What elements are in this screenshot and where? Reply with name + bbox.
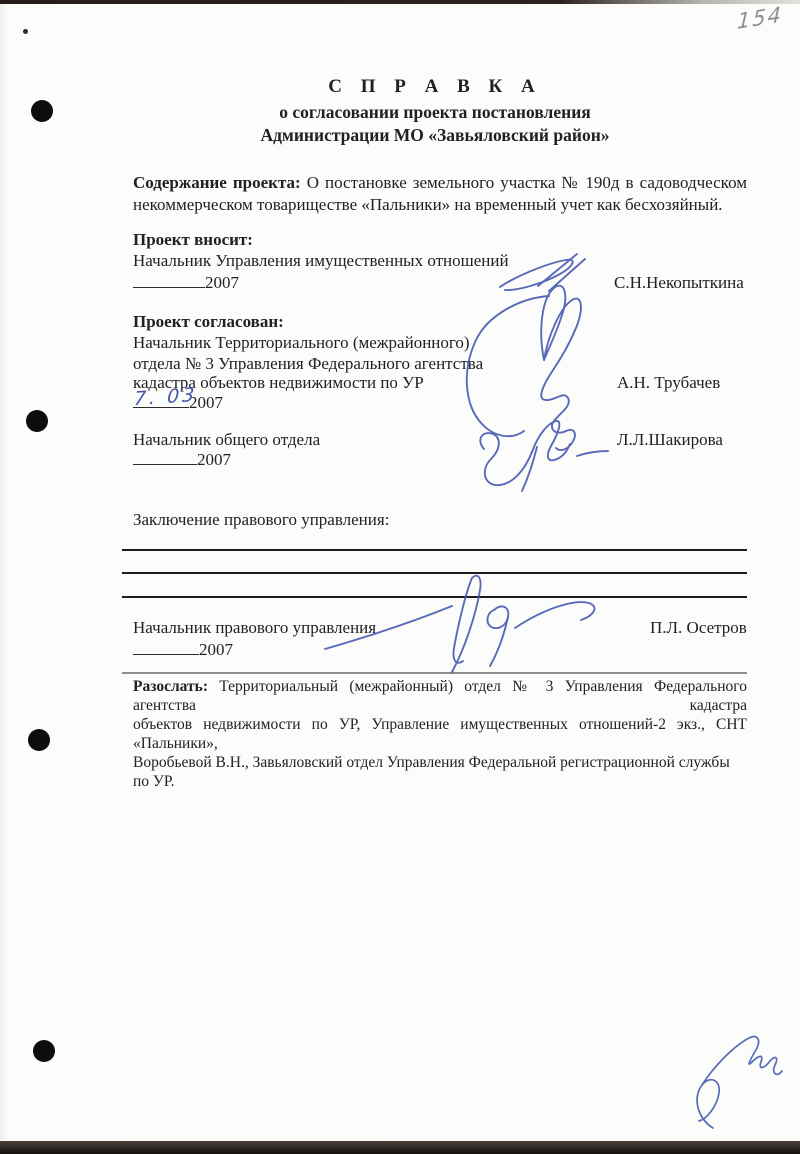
signature-blank — [133, 285, 205, 288]
ruled-line-3 — [122, 596, 747, 598]
hole-punch-3 — [28, 729, 50, 751]
distribution-line-3: Воробьевой В.Н., Завьяловский отдел Упра… — [133, 753, 747, 791]
submit-date-row: 2007 — [133, 272, 239, 293]
agreed2-date-row: 2007 — [133, 449, 231, 470]
content-label: Содержание проекта: — [133, 173, 301, 192]
distribution-paragraph: Разослать: Территориальный (межрайонный)… — [133, 677, 747, 791]
legal-year: 2007 — [199, 640, 233, 659]
submit-heading: Проект вносит: — [133, 229, 253, 250]
document-subtitle-1: о согласовании проекта постановления — [123, 102, 747, 123]
agreed-heading: Проект согласован: — [133, 311, 284, 332]
hole-punch-4 — [33, 1040, 55, 1062]
hole-punch-1 — [31, 100, 53, 122]
page-number-handwritten: 154 — [737, 2, 784, 34]
agreed1-position-1: Начальник Территориального (межрайонного… — [133, 332, 470, 353]
submit-year: 2007 — [205, 273, 239, 292]
content-paragraph: Содержание проекта: О постановке земельн… — [133, 172, 747, 215]
scan-edge-left — [0, 0, 10, 1154]
legal-name: П.Л. Осетров — [650, 617, 747, 638]
legal-date-row: 2007 — [133, 639, 233, 660]
hole-punch-2 — [26, 410, 48, 432]
signature-blank — [133, 652, 199, 655]
ruled-line-1 — [122, 549, 747, 551]
scan-edge-top — [0, 0, 800, 4]
content-text-1: О постановке земельного участка № 190д в… — [307, 173, 747, 192]
scan-edge-bottom — [0, 1141, 800, 1154]
agreed2-position: Начальник общего отдела — [133, 429, 320, 450]
scanned-document-page: 154 С П Р А В К А о согласовании проекта… — [0, 0, 800, 1154]
document-subtitle-2: Администрации МО «Завьяловский район» — [123, 125, 747, 146]
submit-name: С.Н.Некопыткина — [614, 272, 744, 293]
separator-line — [122, 672, 747, 674]
signature-blank — [133, 462, 197, 465]
legal-heading: Заключение правового управления: — [133, 509, 389, 530]
ruled-line-2 — [122, 572, 747, 574]
distribution-text-1: Территориальный (межрайонный) отдел № 3 … — [133, 678, 747, 714]
agreed1-date-handwritten: 7. 03 — [133, 384, 198, 411]
agreed2-year: 2007 — [197, 450, 231, 469]
content-text-2: некоммерческом товариществе «Пальники» н… — [133, 194, 747, 216]
legal-position: Начальник правового управления — [133, 617, 376, 638]
signature-bottom-right — [697, 1037, 782, 1128]
ink-dot — [23, 29, 28, 34]
submit-position: Начальник Управления имущественных отнош… — [133, 250, 509, 271]
distribution-line-2: объектов недвижимости по УР, Управление … — [133, 715, 747, 753]
distribution-label: Разослать: — [133, 678, 208, 695]
signature-shakirova — [480, 421, 608, 491]
agreed1-position-2: отдела № 3 Управления Федерального агент… — [133, 353, 483, 374]
signature-nekopytkina — [500, 254, 585, 291]
document-title: С П Р А В К А — [123, 76, 747, 98]
signature-trubachev — [467, 286, 581, 450]
agreed1-name: А.Н. Трубачев — [617, 372, 720, 393]
agreed2-name: Л.Л.Шакирова — [617, 429, 723, 450]
distribution-line-1: Разослать: Территориальный (межрайонный)… — [133, 677, 747, 715]
content-line-1: Содержание проекта: О постановке земельн… — [133, 172, 747, 194]
